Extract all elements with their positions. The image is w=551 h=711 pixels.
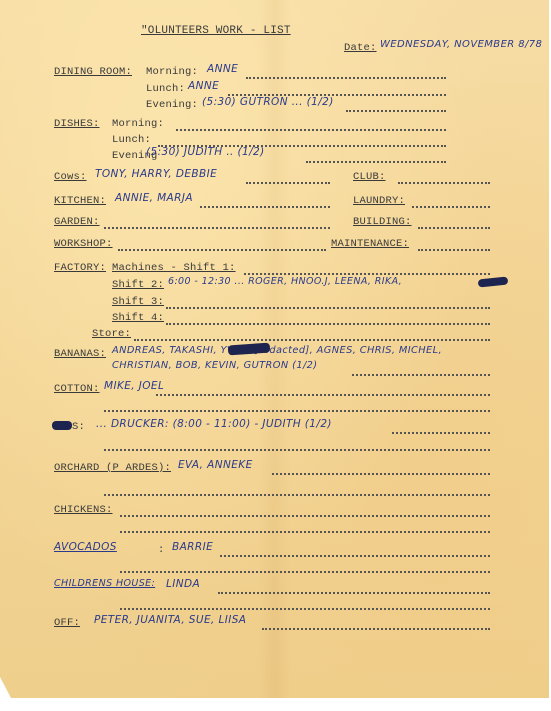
fill-line (104, 402, 490, 412)
ink-blot (478, 276, 509, 287)
orchard-value: EVA, ANNEKE (178, 459, 253, 471)
dining-evening-label: Evening: (146, 99, 198, 111)
off-value: PETER, JUANITA, SUE, LIISA (94, 614, 246, 626)
fill-line (306, 153, 446, 163)
fill-line (398, 174, 490, 184)
childrens-house-value: LINDA (166, 578, 200, 590)
chickens-label: CHICKENS: (54, 504, 113, 516)
fill-line (346, 102, 446, 112)
workshop-label: WORKSHOP: (54, 238, 113, 250)
date-label: Date: (344, 42, 377, 54)
fill-line (176, 121, 446, 131)
struck-section-label: S: (72, 421, 85, 433)
avocados-value: BARRIE (172, 541, 213, 553)
kitchen-value: ANNIE, MARJA (115, 192, 193, 204)
fill-line (352, 366, 490, 376)
date-value: WEDNESDAY, NOVEMBER 8/78 (380, 39, 542, 50)
fill-line (262, 620, 490, 630)
fill-line (246, 174, 330, 184)
fill-line (220, 547, 490, 557)
cotton-label: COTTON: (54, 383, 100, 395)
factory-shift3-label: Shift 3: (112, 296, 164, 308)
bananas-label: BANANAS: (54, 348, 106, 360)
dining-morning-label: Morning: (146, 66, 198, 78)
fill-line (118, 241, 326, 251)
paper-sheet: "OLUNTEERS WORK - LIST Date: WEDNESDAY, … (0, 0, 549, 698)
struck-out-label (52, 421, 72, 430)
fill-line (244, 265, 490, 275)
factory-shift1-label: Machines - Shift 1: (112, 262, 236, 274)
fill-line (392, 424, 490, 434)
factory-shift2-value: 6:00 - 12:30 ... ROGER, HNOO.J, LEENA, R… (168, 276, 402, 287)
fill-line (120, 507, 490, 517)
club-label: CLUB: (353, 171, 386, 183)
fill-line (120, 523, 490, 533)
factory-store-label: Store: (92, 328, 131, 340)
building-label: BUILDING: (353, 216, 412, 228)
avocados-colon: : (158, 544, 165, 556)
fill-line (104, 219, 330, 229)
bananas-line1: ANDREAS, TAKASHI, YVES, [redacted], AGNE… (112, 345, 442, 356)
cows-label: Cows: (54, 171, 87, 183)
fill-line (418, 241, 490, 251)
fill-line (272, 465, 490, 475)
dining-evening-value: (5:30) GUTRON ... (1/2) (202, 96, 334, 108)
dining-lunch-value: ANNE (188, 80, 219, 92)
fill-line (246, 69, 446, 79)
fill-line (418, 219, 490, 229)
off-label: OFF: (54, 617, 80, 629)
dining-lunch-label: Lunch: (146, 83, 185, 95)
fill-line (412, 198, 490, 208)
garden-label: GARDEN: (54, 216, 100, 228)
fill-line (104, 441, 490, 451)
factory-shift2-label: Shift 2: (112, 279, 164, 291)
document-title: "OLUNTEERS WORK - LIST (141, 25, 291, 37)
fill-line (218, 584, 490, 594)
fill-line (120, 600, 490, 610)
fill-line (166, 315, 490, 325)
bananas-line2: CHRISTIAN, BOB, KEVIN, GUTRON (1/2) (112, 360, 318, 371)
fill-line (166, 299, 490, 309)
laundry-label: LAUNDRY: (353, 195, 405, 207)
dining-morning-value: ANNE (207, 63, 238, 75)
orchard-label: ORCHARD (P ARDES): (54, 462, 171, 474)
factory-label: FACTORY: (54, 262, 106, 274)
struck-section-value: ... DRUCKER: (8:00 - 11:00) - JUDITH (1/… (96, 418, 332, 430)
dishes-morning-label: Morning: (112, 118, 164, 130)
dishes-label: DISHES: (54, 118, 100, 130)
maintenance-label: MAINTENANCE: (331, 238, 409, 250)
fill-line (156, 386, 490, 396)
cows-value: TONY, HARRY, DEBBIE (95, 168, 217, 180)
fill-line (120, 563, 490, 573)
avocados-label: AVOCADOS (54, 541, 154, 553)
dining-room-label: DINING ROOM: (54, 66, 132, 78)
dishes-evening-value: (5:30) JUDITH .. (1/2) (146, 146, 265, 158)
fill-line (134, 331, 490, 341)
fill-line (200, 198, 330, 208)
childrens-house-label: CHILDRENS HOUSE: (54, 578, 155, 589)
factory-shift4-label: Shift 4: (112, 312, 164, 324)
fill-line (228, 86, 446, 96)
dishes-lunch-label: Lunch: (112, 134, 151, 146)
fill-line (104, 486, 490, 496)
kitchen-label: KITCHEN: (54, 195, 106, 207)
